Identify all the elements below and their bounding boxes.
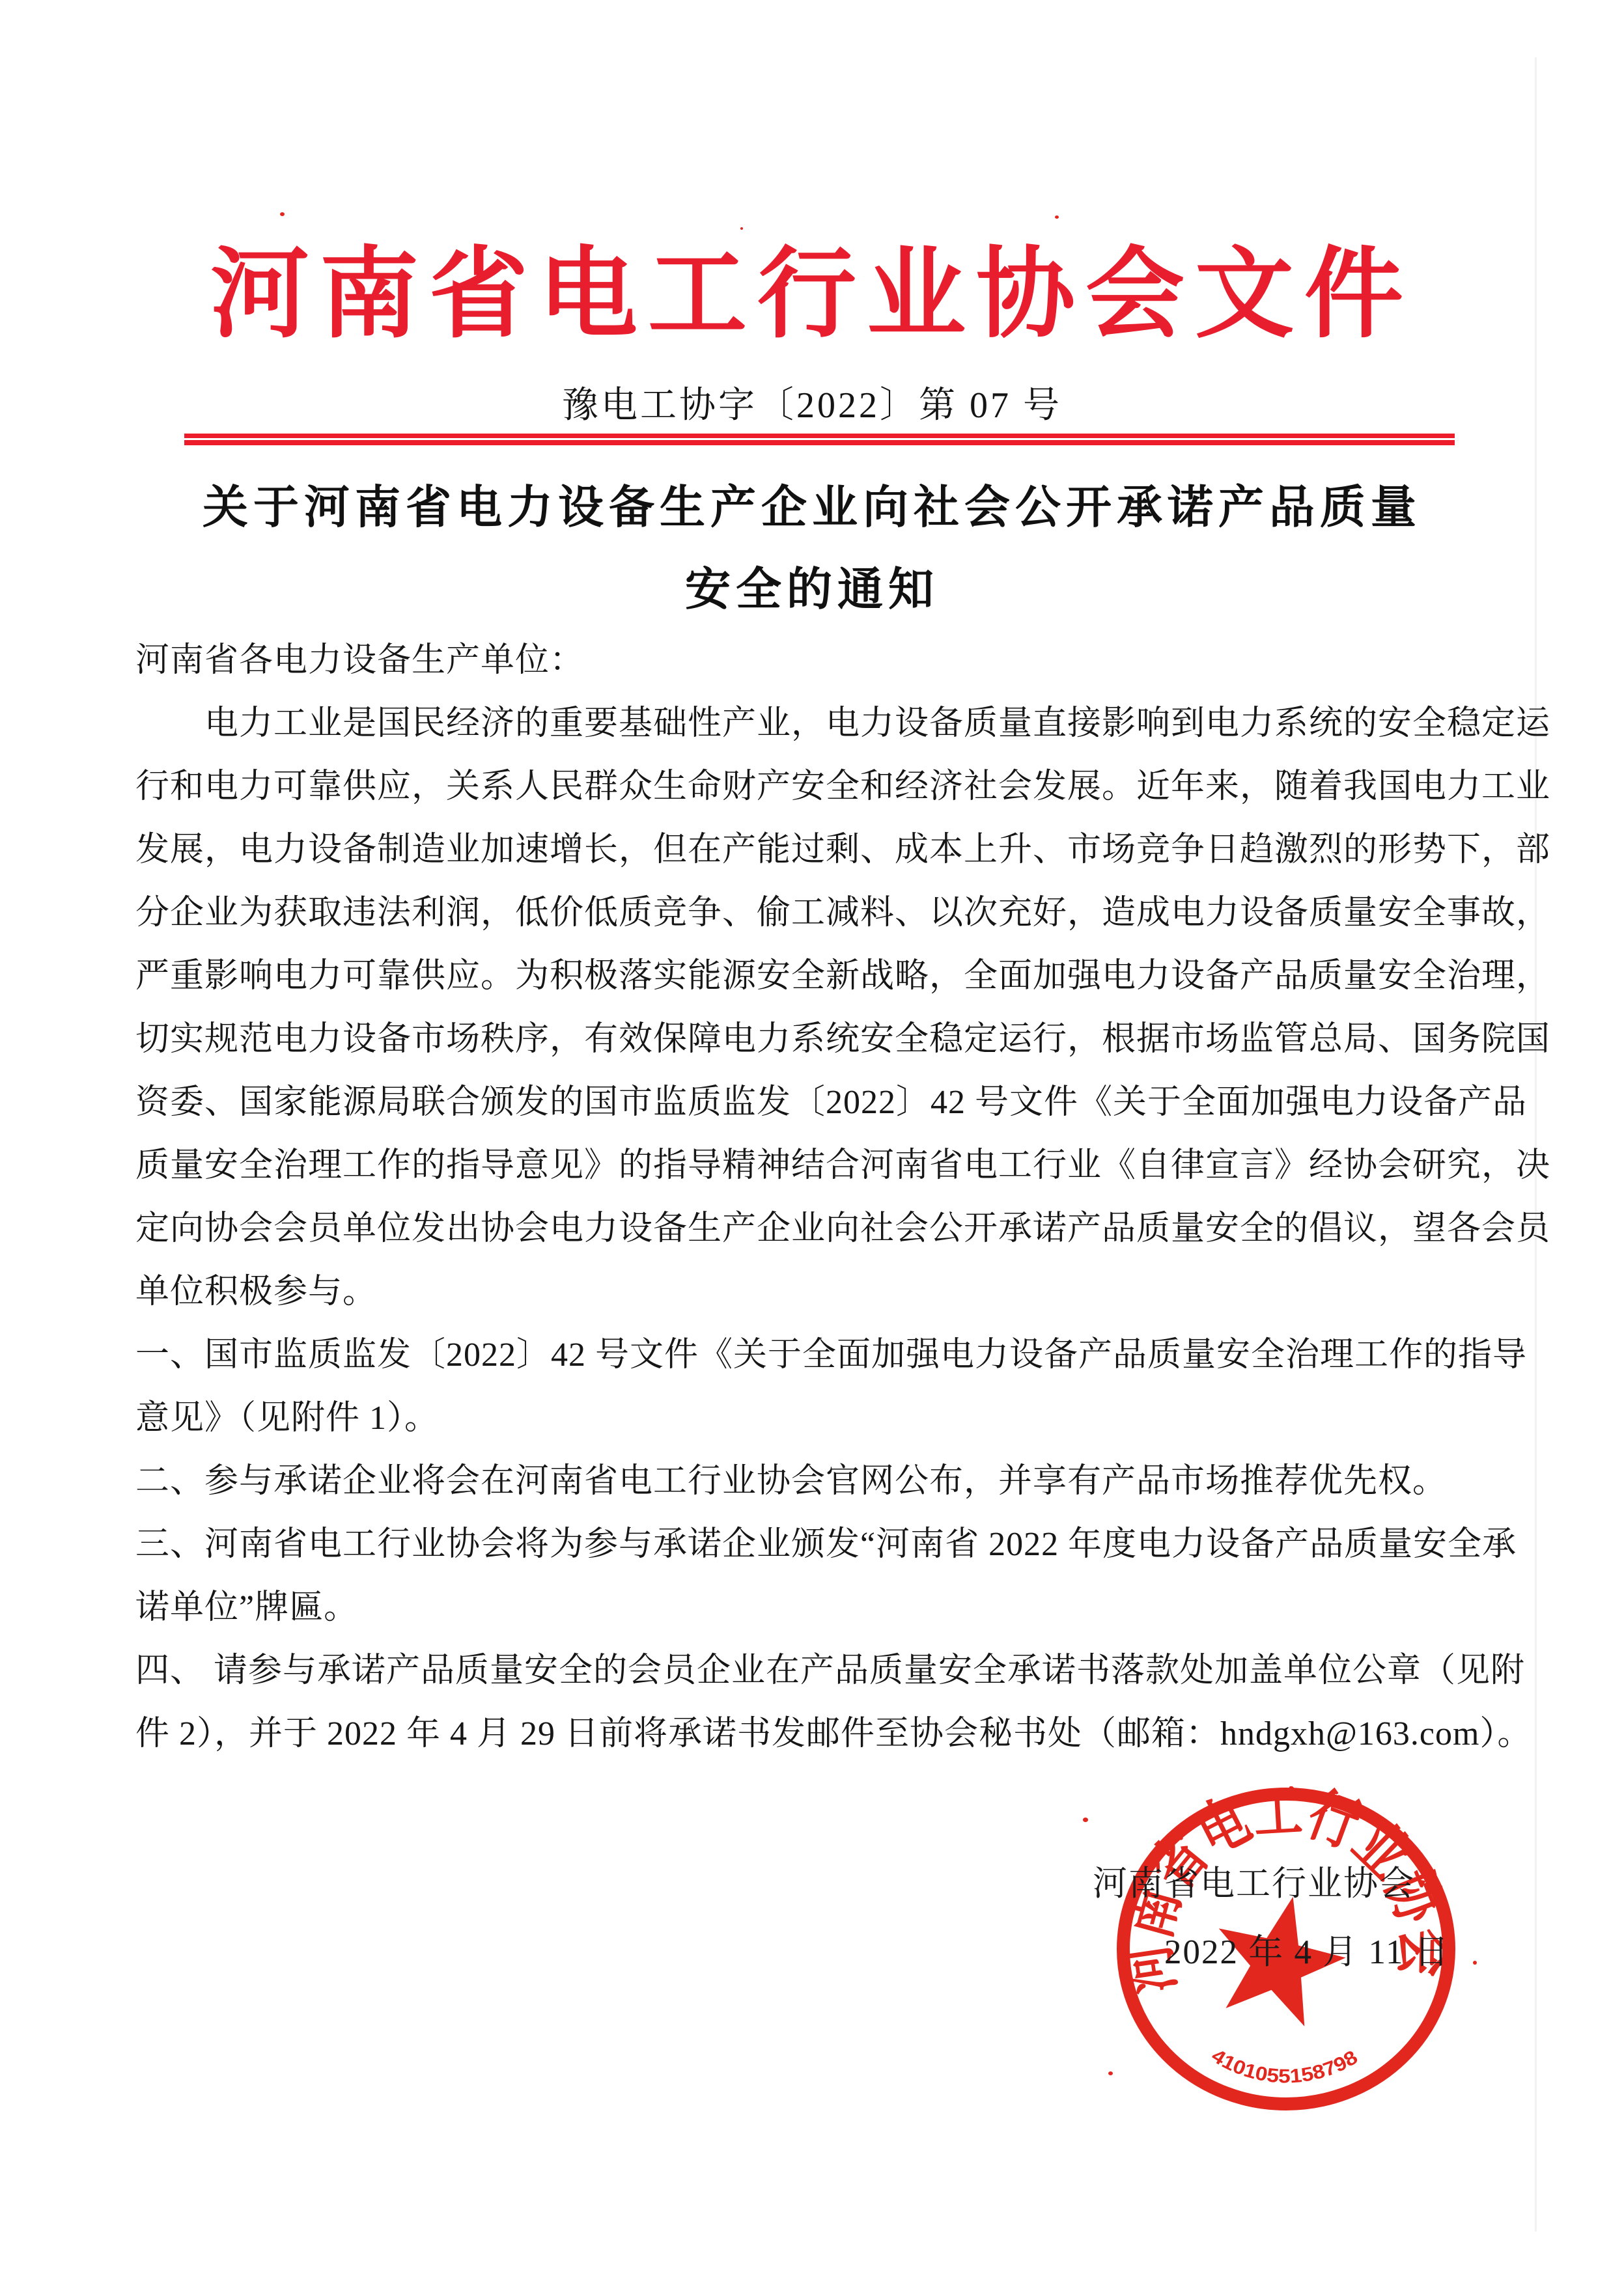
document-page: 河南省电工行业协会文件 豫电工协字〔2022〕第 07 号 关于河南省电力设备生… xyxy=(0,0,1624,2296)
body-line: 一、国市监质监发〔2022〕42 号文件《关于全面加强电力设备产品质量安全治理工… xyxy=(135,1323,1493,1387)
red-rule-top-bar xyxy=(184,434,1455,438)
body-line: 发展，电力设备制造业加速增长，但在产能过剩、成本上升、市场竞争日趋激烈的形势下，… xyxy=(135,818,1493,881)
notice-title-line2: 安全的通知 xyxy=(0,548,1624,630)
ink-speck xyxy=(1473,1961,1477,1965)
body-line: 电力工业是国民经济的重要基础性产业，电力设备质量直接影响到电力系统的安全稳定运 xyxy=(135,692,1493,755)
body-line: 严重影响电力可靠供应。为积极落实能源安全新战略，全面加强电力设备产品质量安全治理… xyxy=(135,945,1493,1008)
ink-speck xyxy=(740,227,743,230)
signature-date: 2022 年 4 月 11 日 xyxy=(1164,1924,1450,1974)
ink-speck xyxy=(1083,1818,1088,1822)
red-rule-bottom-bar xyxy=(184,440,1455,445)
body-line: 河南省各电力设备生产单位： xyxy=(135,629,1493,692)
ink-speck xyxy=(280,212,285,216)
document-body: 河南省各电力设备生产单位：电力工业是国民经济的重要基础性产业，电力设备质量直接影… xyxy=(135,629,1493,1765)
body-line: 二、参与承诺企业将会在河南省电工行业协会官网公布，并享有产品市场推荐优先权。 xyxy=(135,1450,1493,1513)
document-number: 豫电工协字〔2022〕第 07 号 xyxy=(0,376,1624,428)
red-divider-rule xyxy=(184,434,1455,445)
ink-speck xyxy=(1055,215,1059,219)
body-line: 定向协会会员单位发出协会电力设备生产企业向社会公开承诺产品质量安全的倡议，望各会… xyxy=(135,1197,1493,1260)
body-line: 切实规范电力设备市场秩序，有效保障电力系统安全稳定运行，根据市场监管总局、国务院… xyxy=(135,1008,1493,1071)
body-line: 诺单位”牌匾。 xyxy=(135,1576,1493,1639)
notice-title-line1: 关于河南省电力设备生产企业向社会公开承诺产品质量 xyxy=(0,466,1624,548)
body-line: 件 2），并于 2022 年 4 月 29 日前将承诺书发邮件至协会秘书处（邮箱… xyxy=(135,1702,1493,1765)
body-line: 意见》（见附件 1）。 xyxy=(135,1387,1493,1450)
notice-title: 关于河南省电力设备生产企业向社会公开承诺产品质量 安全的通知 xyxy=(0,466,1624,630)
body-line: 分企业为获取违法利润，低价低质竞争、偷工减料、以次充好，造成电力设备质量安全事故… xyxy=(135,881,1493,945)
body-line: 四、 请参与承诺产品质量安全的会员企业在产品质量安全承诺书落款处加盖单位公章（见… xyxy=(135,1639,1493,1702)
body-line: 三、河南省电工行业协会将为参与承诺企业颁发“河南省 2022 年度电力设备产品质… xyxy=(135,1513,1493,1576)
red-letterhead-title: 河南省电工行业协会文件 xyxy=(0,215,1624,357)
signature-org: 河南省电工行业协会 xyxy=(1093,1856,1415,1905)
body-line: 单位积极参与。 xyxy=(135,1260,1493,1323)
body-line: 资委、国家能源局联合颁发的国市监质监发〔2022〕42 号文件《关于全面加强电力… xyxy=(135,1071,1493,1134)
seal-code-text: 4101055158798 xyxy=(1208,2045,1362,2087)
body-line: 质量安全治理工作的指导意见》的指导精神结合河南省电工行业《自律宣言》经协会研究，… xyxy=(135,1134,1493,1197)
body-line: 行和电力可靠供应，关系人民群众生命财产安全和经济社会发展。近年来，随着我国电力工… xyxy=(135,755,1493,818)
